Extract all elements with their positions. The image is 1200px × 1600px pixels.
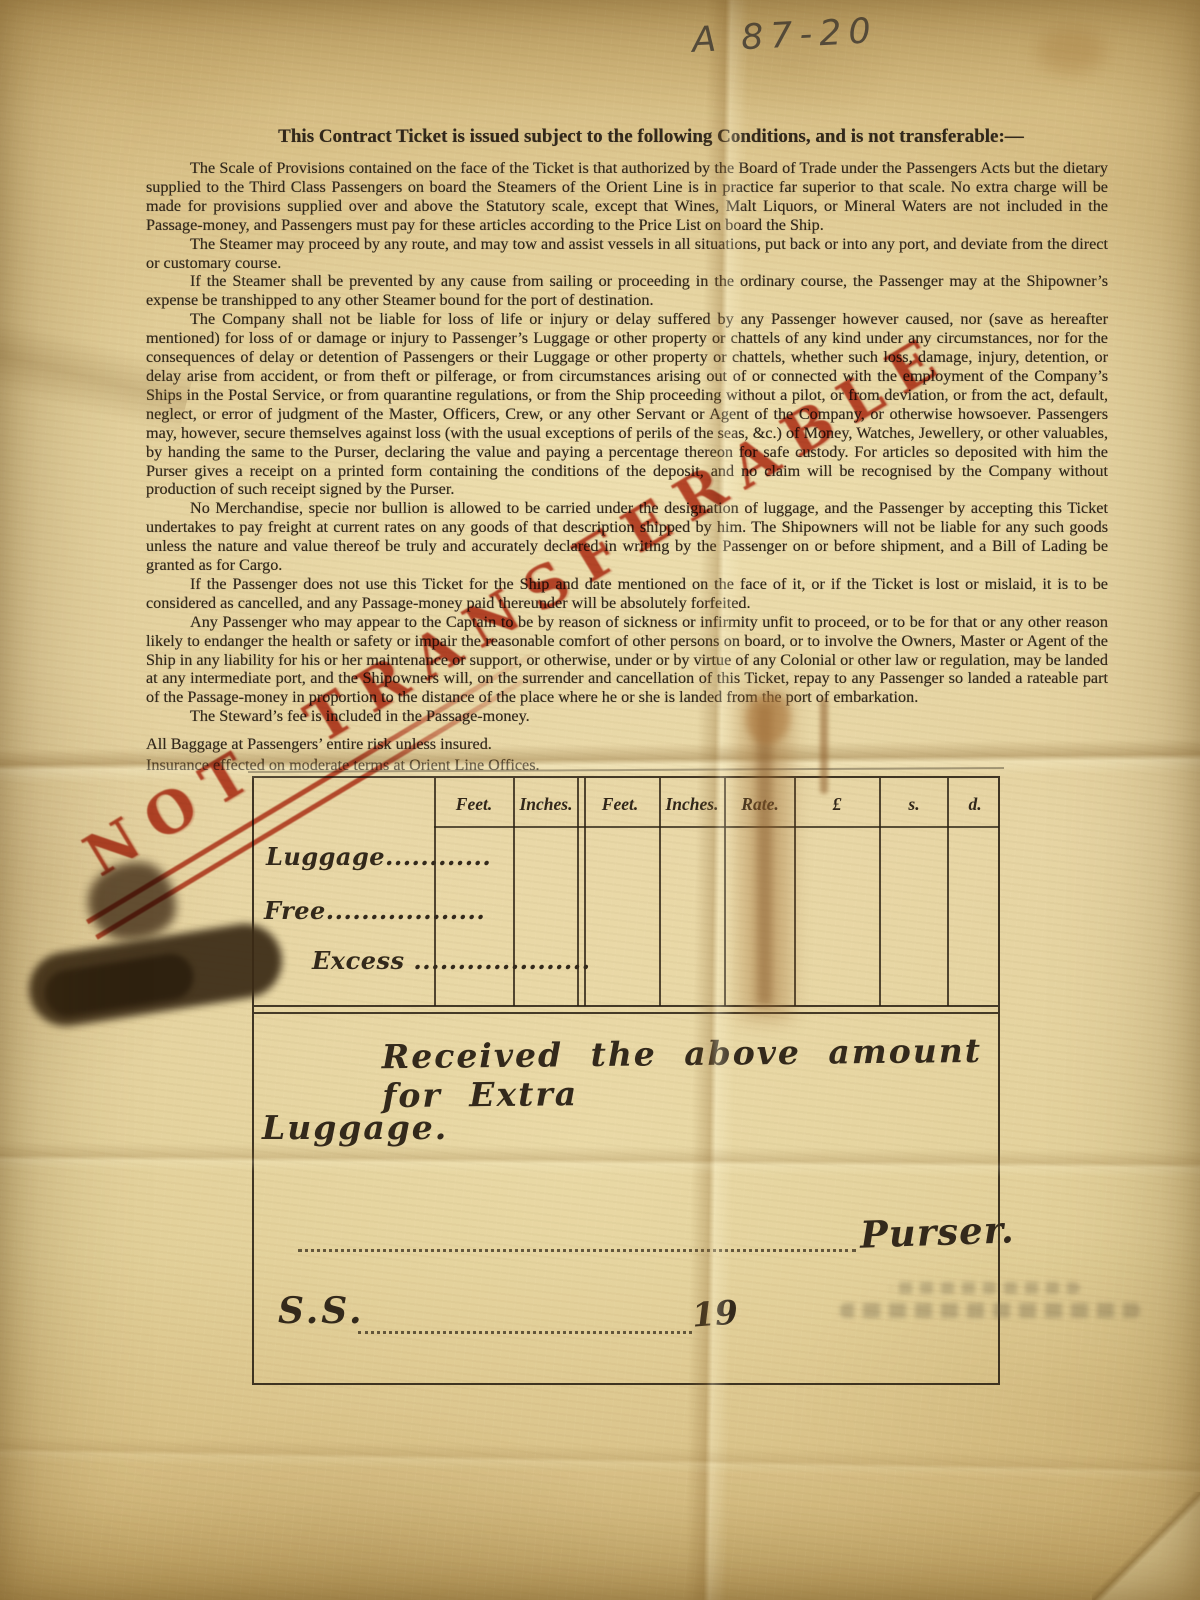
conditions-title: This Contract Ticket is issued subject t… xyxy=(146,126,1108,148)
column-header-pence: d. xyxy=(935,794,1015,815)
column-header-feet-2: Feet. xyxy=(580,794,660,815)
bleed-through-line xyxy=(840,1303,1140,1318)
scanned-contract-ticket-back: A 87-20 This Contract Ticket is issued s… xyxy=(0,0,1200,1600)
column-header-inches-1: Inches. xyxy=(506,794,586,815)
purser-signature-blank xyxy=(298,1248,856,1252)
receipt-text-line1: Received the above amount for Extra xyxy=(382,1031,999,1115)
receipt-text-line2: Luggage. xyxy=(262,1108,448,1147)
condition-paragraph-sickness: Any Passenger who may appear to the Capt… xyxy=(146,613,1108,708)
column-header-feet-1: Feet. xyxy=(434,794,514,815)
condition-paragraph-liability: The Company shall not be liable for loss… xyxy=(146,310,1108,499)
year-prefix: 19 xyxy=(691,1292,740,1334)
row-label-excess: Excess .................... xyxy=(312,946,590,975)
conditions-section: This Contract Ticket is issued subject t… xyxy=(146,126,1108,775)
table-header-rule xyxy=(434,826,999,828)
column-header-rate: Rate. xyxy=(720,794,800,815)
ink-bleed-through xyxy=(828,1282,1140,1318)
column-header-pounds: £ xyxy=(797,794,877,815)
ship-name-blank xyxy=(358,1330,692,1334)
condition-paragraph-provisions: The Scale of Provisions contained on the… xyxy=(146,159,1108,235)
ship-name-prefix: S.S. xyxy=(278,1290,365,1332)
table-bottom-rule-2 xyxy=(254,1012,998,1014)
condition-paragraph-transhipment: If the Steamer shall be prevented by any… xyxy=(146,272,1108,310)
row-label-luggage: Luggage............ xyxy=(266,842,491,871)
table-bottom-rule xyxy=(254,1005,998,1007)
row-label-free: Free.................. xyxy=(264,896,485,925)
purser-label: Purser. xyxy=(859,1207,1015,1256)
bleed-through-line xyxy=(890,1282,1080,1294)
condition-paragraph-route: The Steamer may proceed by any route, an… xyxy=(146,235,1108,273)
